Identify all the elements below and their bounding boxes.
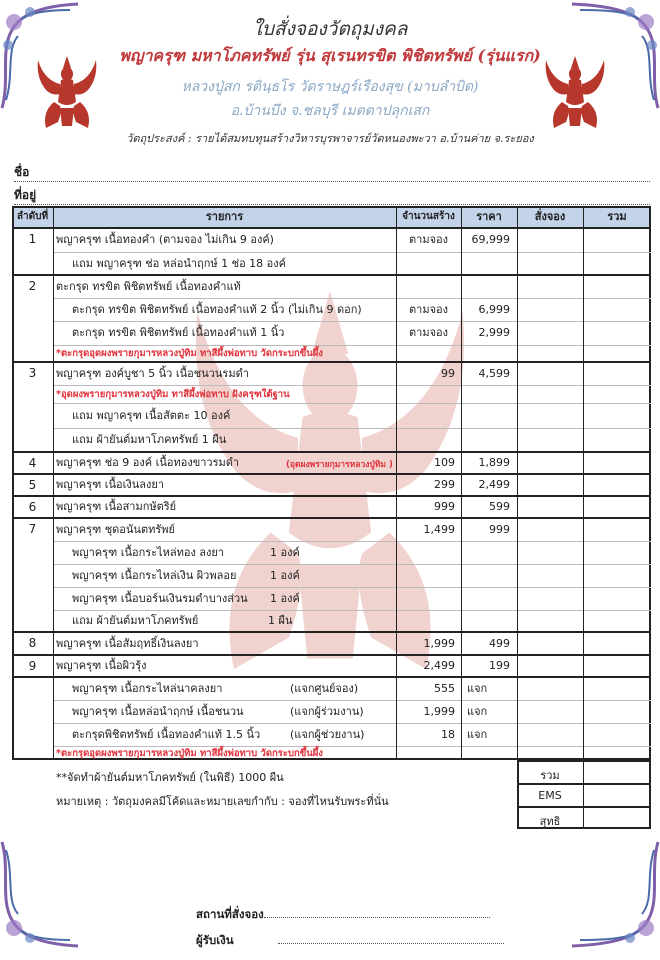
floral-corner-ornament-icon	[0, 840, 80, 950]
item-description: พญาครุฑ เนื้อกระไหล่นาคลงยา	[72, 682, 222, 696]
document-subtitle: พญาครุฑ มหาโภคทรัพย์ รุ่น สุเรนทรขิต พิช…	[100, 44, 560, 69]
order-place-label: สถานที่สั่งจอง	[196, 907, 264, 921]
order-quantity-cell[interactable]	[518, 362, 582, 385]
item-quantity: 1,999	[397, 637, 455, 651]
row-total-cell[interactable]	[584, 362, 650, 385]
item-quantity: 1,999	[397, 705, 455, 719]
header-total: รวม	[583, 206, 651, 228]
net-value-field[interactable]	[585, 808, 649, 828]
total-label: รวม	[517, 766, 583, 784]
name-label: ชื่อ	[14, 165, 29, 179]
item-description: พญาครุฑ เนื้อผิวรุ้ง	[56, 659, 146, 673]
order-quantity-cell[interactable]	[518, 632, 582, 655]
floral-corner-ornament-icon	[570, 840, 660, 950]
row-total-cell[interactable]	[584, 228, 650, 252]
row-total-cell[interactable]	[584, 700, 650, 723]
row-total-cell[interactable]	[584, 252, 650, 275]
order-quantity-cell[interactable]	[518, 655, 582, 677]
item-description: แถม พญาครุฑ ช่อ หล่อนำฤกษ์ 1 ช่อ 18 องค์	[72, 257, 286, 271]
order-quantity-cell[interactable]	[518, 228, 582, 252]
garuda-emblem-left	[32, 52, 102, 132]
item-description: พญาครุฑ เนื้อสามกษัตริย์	[56, 500, 176, 514]
item-price: แจก	[467, 728, 512, 742]
row-total-cell[interactable]	[584, 632, 650, 655]
monk-name: หลวงปู่สก รตินฺธโร วัดราษฎร์เรืองสุข (มา…	[100, 76, 560, 98]
row-total-cell[interactable]	[584, 298, 650, 321]
item-description: พญาครุฑ เนื้อกระไหล่ทอง ลงยา	[72, 546, 224, 560]
item-note: *ตะกรุดอุดผงพรายกุมารหลวงปู่ทิม ทาสีผึ้ง…	[56, 747, 323, 761]
item-quantity: 18	[397, 728, 455, 742]
order-quantity-cell[interactable]	[518, 723, 582, 746]
item-description: พญาครุฑ เนื้อทองคำ (ตามจอง ไม่เกิน 9 องค…	[56, 233, 274, 247]
item-price: 999	[462, 523, 510, 537]
item-price: แจก	[467, 705, 512, 719]
item-count: (แจกผู้ร่วมงาน)	[290, 705, 364, 719]
header-quantity: จำนวนสร้าง	[396, 206, 461, 228]
item-price: 199	[462, 659, 510, 673]
item-count: (แจกผู้ช่วยงาน)	[290, 728, 364, 742]
item-description: พญาครุฑ เนื้อบอร์นเงินรมดำบางส่วน	[72, 592, 248, 606]
item-description: พญาครุฑ เนื้อกระไหล่เงิน ผิวพลอย	[72, 569, 236, 583]
item-description: ตะกรุด ทรขิต พิชิตทรัพย์ เนื้อทองคำแท้ 2…	[72, 303, 362, 317]
row-total-cell[interactable]	[584, 428, 650, 452]
item-price: 69,999	[462, 233, 510, 247]
address-label: ที่อยู่	[14, 188, 36, 202]
item-count: 1 องค์	[270, 569, 300, 583]
address-field[interactable]: ที่อยู่	[14, 186, 650, 205]
order-quantity-cell[interactable]	[518, 345, 582, 362]
order-quantity-cell[interactable]	[518, 564, 582, 587]
item-price: 499	[462, 637, 510, 651]
order-quantity-cell[interactable]	[518, 252, 582, 275]
item-description: พญาครุฑ เนื้อเงินลงยา	[56, 478, 164, 492]
item-quantity: 99	[397, 367, 455, 381]
corner-ornament-bottom-left	[0, 840, 80, 950]
item-quantity: 299	[397, 478, 455, 492]
net-label: สุทธิ	[517, 812, 583, 830]
receiver-field[interactable]: ผู้รับเงิน	[196, 932, 504, 950]
item-quantity: 2,499	[397, 659, 455, 673]
item-quantity: 1,499	[397, 523, 455, 537]
order-place-field[interactable]: สถานที่สั่งจอง	[196, 906, 490, 924]
header-item: รายการ	[53, 206, 396, 228]
item-note: *ตะกรุดอุดผงพรายกุมารหลวงปู่ทิม ทาสีผึ้ง…	[56, 347, 323, 361]
row-total-cell[interactable]	[584, 275, 650, 298]
order-quantity-cell[interactable]	[518, 474, 582, 496]
item-description: ตะกรุดพิชิตทรัพย์ เนื้อทองคำแท้ 1.5 นิ้ว	[72, 728, 260, 742]
item-description: พญาครุฑ ชุดอนันตทรัพย์	[56, 523, 175, 537]
row-total-cell[interactable]	[584, 385, 650, 403]
row-total-cell[interactable]	[584, 541, 650, 564]
header-price: ราคา	[461, 206, 517, 228]
item-description: ตะกรุด ทรขิต พิชิตทรัพย์ เนื้อทองคำแท้	[56, 280, 241, 294]
row-total-cell[interactable]	[584, 321, 650, 345]
ems-value-field[interactable]	[585, 785, 649, 805]
row-total-cell[interactable]	[584, 610, 650, 632]
item-quantity: 555	[397, 682, 455, 696]
corner-ornament-bottom-right	[570, 840, 660, 950]
row-total-cell[interactable]	[584, 564, 650, 587]
item-price: 1,899	[462, 456, 510, 470]
item-quantity: ตามจอง	[397, 233, 460, 247]
item-quantity: 109	[397, 456, 455, 470]
item-description: แถม ผ้ายันต์มหาโภคทรัพย์ 1 ผืน	[72, 433, 226, 447]
order-quantity-cell[interactable]	[518, 518, 582, 541]
garuda-emblem-icon	[32, 52, 102, 132]
order-quantity-cell[interactable]	[518, 428, 582, 452]
row-total-cell[interactable]	[584, 452, 650, 474]
order-quantity-cell[interactable]	[518, 541, 582, 564]
row-total-cell[interactable]	[584, 403, 650, 428]
purpose: วัตถุประสงค์ : รายได้สมทบทุนสร้างวิหารบุ…	[0, 129, 660, 147]
row-total-cell[interactable]	[584, 587, 650, 610]
row-total-cell[interactable]	[584, 496, 650, 518]
item-price: แจก	[467, 682, 512, 696]
order-quantity-cell[interactable]	[518, 677, 582, 700]
ceremony-note: **จัดทำผ้ายันต์มหาโภคทรัพย์ (ในพิธี) 100…	[56, 768, 284, 786]
location: อ.บ้านบึง จ.ชลบุรี เมตตาปลุกเสก	[100, 100, 560, 122]
name-field[interactable]: ชื่อ	[14, 163, 650, 182]
row-total-cell[interactable]	[584, 474, 650, 496]
order-quantity-cell[interactable]	[518, 403, 582, 428]
item-price: 599	[462, 500, 510, 514]
totals-divider	[583, 760, 584, 829]
order-quantity-cell[interactable]	[518, 587, 582, 610]
item-description: พญาครุฑ เนื้อหล่อนำฤกษ์ เนื้อชนวน	[72, 705, 244, 719]
item-description: พญาครุฑ เนื้อสัมฤทธิ์เงินลงยา	[56, 637, 199, 651]
row-total-cell[interactable]	[584, 723, 650, 746]
row-total-cell[interactable]	[584, 518, 650, 541]
order-quantity-cell[interactable]	[518, 385, 582, 403]
item-price: 2,999	[462, 326, 510, 340]
header-no: ลำดับที่	[12, 206, 53, 228]
item-count: (แจกศูนย์จอง)	[290, 682, 358, 696]
item-description: ตะกรุด ทรขิต พิชิตทรัพย์ เนื้อทองคำแท้ 1…	[72, 326, 284, 340]
receiver-label: ผู้รับเงิน	[196, 933, 234, 947]
order-quantity-cell[interactable]	[518, 700, 582, 723]
document-title: ใบสั่งจองวัตถุมงคล	[0, 14, 660, 44]
order-quantity-cell[interactable]	[518, 321, 582, 345]
item-description: พญาครุฑ ช่อ 9 องค์ เนื้อทองขาวรมดำ	[56, 456, 239, 470]
item-note: *อุดผงพรายกุมารหลวงปู่ทิม ทาสีผึ้งพ่อทาบ…	[56, 388, 290, 402]
order-quantity-cell[interactable]	[518, 452, 582, 474]
item-price: 4,599	[462, 367, 510, 381]
item-count: 1 องค์	[270, 592, 300, 606]
item-price: 2,499	[462, 478, 510, 492]
item-inline-note: (อุดผงพรายกุมารหลวงปู่ทิม )	[286, 460, 393, 470]
remark-note: หมายเหตุ : วัตถุมงคลมีโค้ดและหมายเลขกำกั…	[56, 792, 389, 810]
item-price: 6,999	[462, 303, 510, 317]
row-total-cell[interactable]	[584, 677, 650, 700]
order-quantity-cell[interactable]	[518, 746, 582, 760]
order-quantity-cell[interactable]	[518, 298, 582, 321]
row-total-cell[interactable]	[584, 746, 650, 760]
row-total-cell[interactable]	[584, 345, 650, 362]
total-value-field[interactable]	[585, 762, 649, 782]
item-quantity: ตามจอง	[397, 326, 460, 340]
item-quantity: ตามจอง	[397, 303, 460, 317]
item-count: 1 องค์	[270, 546, 300, 560]
item-description: แถม พญาครุฑ เนื้อสัตตะ 10 องค์	[72, 409, 230, 423]
order-quantity-cell[interactable]	[518, 610, 582, 632]
order-quantity-cell[interactable]	[518, 275, 582, 298]
ems-label: EMS	[517, 789, 583, 802]
item-count: 1 ผืน	[268, 614, 292, 628]
order-quantity-cell[interactable]	[518, 496, 582, 518]
item-description: แถม ผ้ายันต์มหาโภคทรัพย์	[72, 614, 198, 628]
item-quantity: 999	[397, 500, 455, 514]
row-total-cell[interactable]	[584, 655, 650, 677]
header-order: สั่งจอง	[517, 206, 583, 228]
item-description: พญาครุฑ องค์บูชา 5 นิ้ว เนื้อชนวนรมดำ	[56, 367, 249, 381]
